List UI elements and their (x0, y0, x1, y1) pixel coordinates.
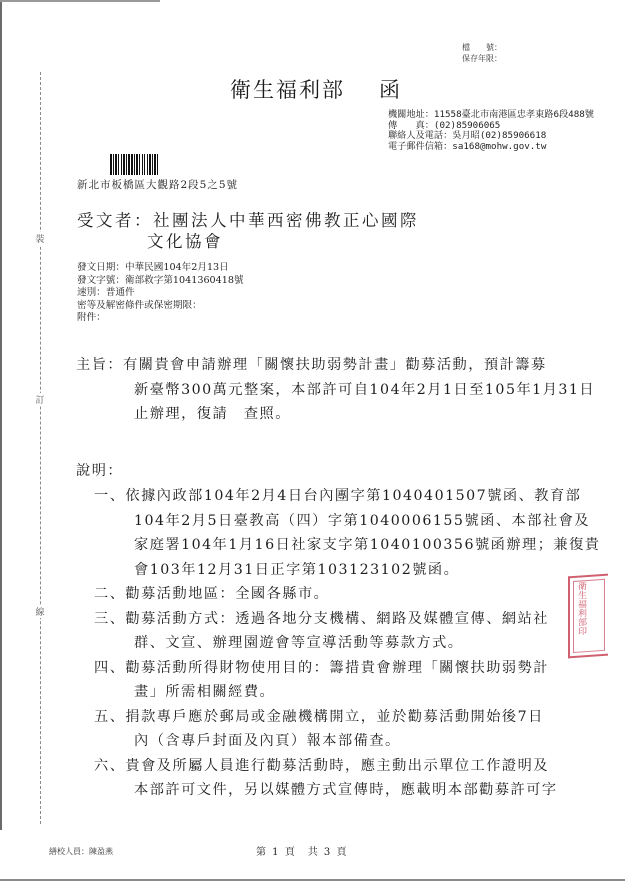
explanation-item-6: 六、貴會及所屬人員進行勸募活動時，應主動出示單位工作證明及 本部許可文件，另以媒… (94, 754, 601, 803)
scan-edge-bottom (0, 879, 625, 881)
document-meta: 發文日期：中華民國104年2月13日 發文字號：衛部救字第1041360418號… (77, 262, 244, 325)
scan-edge-top (0, 0, 160, 2)
explanation-item-2: 二、勸募活動地區：全國各縣市。 (94, 582, 601, 607)
explanation-heading: 說明： (76, 459, 123, 484)
item-line: 六、貴會及所屬人員進行勸募活動時，應主動出示單位工作證明及 (94, 754, 601, 779)
explanation-item-3: 三、勸募活動方式：透過各地分支機構、網路及媒體宣傳、網站社 群、文宣、辦理園遊會… (94, 607, 601, 656)
binding-label-top: 裝 (34, 232, 46, 245)
official-seal-stamp: 衛生福利部印 (568, 574, 608, 659)
contact-block: 機關地址：11558臺北市南港區忠孝東路6段488號 傳 真：(02)85906… (388, 110, 594, 152)
delivery-speed: 速別：普通件 (77, 287, 244, 300)
subject-line: 止辦理，復請 查照。 (76, 402, 595, 427)
retention-period-label: 保存年限： (462, 53, 502, 64)
document-title: 衛生福利部函 (230, 74, 402, 104)
item-line: 二、勸募活動地區：全國各縣市。 (94, 582, 601, 607)
agency-name: 衛生福利部 (230, 78, 345, 102)
page-indicator: 第 1 頁 共 3 頁 (256, 843, 348, 858)
explanation-item-5: 五、捐款專戶應於郵局或金融機構開立，並於勸募活動開始後7日 內（含專戶封面及內頁… (94, 705, 601, 754)
item-line: 104年2月5日臺教高（四）字第1040006155號函、本部社會及 (94, 509, 601, 534)
binding-label-middle: 訂 (34, 393, 46, 406)
recipient: 受文者：社團法人中華西密佛教正心國際 文化協會 (77, 210, 419, 252)
item-line: 一、依據內政部104年2月4日台內團字第1040401507號函、教育部 (94, 484, 601, 509)
proofreader: 繕校人員：陳盈燕 (49, 846, 113, 857)
barcode (110, 154, 168, 175)
confidentiality: 密等及解密條件或保密期限： (77, 300, 244, 313)
issue-date: 發文日期：中華民國104年2月13日 (77, 262, 244, 275)
recipient-label: 受文者： (77, 211, 153, 230)
file-number-label: 檔 號： (462, 42, 502, 53)
document-type: 函 (379, 78, 402, 102)
subject-section: 主旨：有關貴會申請辦理「關懷扶助弱勢計畫」勸募活動，預計籌募 新臺幣300萬元整… (76, 353, 595, 427)
scan-edge-left (0, 0, 2, 830)
attachments: 附件： (77, 312, 244, 325)
explanation-item-1: 一、依據內政部104年2月4日台內團字第1040401507號函、教育部 104… (94, 484, 601, 582)
subject-line: 主旨：有關貴會申請辦理「關懷扶助弱勢計畫」勸募活動，預計籌募 (76, 353, 595, 378)
item-line: 內（含專戶封面及內頁）報本部備查。 (94, 729, 601, 754)
agency-address: 機關地址：11558臺北市南港區忠孝東路6段488號 (388, 110, 594, 121)
issue-number: 發文字號：衛部救字第1041360418號 (77, 275, 244, 288)
subject-line: 新臺幣300萬元整案，本部許可自104年2月1日至105年1月31日 (76, 378, 595, 403)
explanation-item-4: 四、勸募活動所得財物使用目的：籌措貴會辦理「關懷扶助弱勢計 畫」所需相關經費。 (94, 656, 601, 705)
email-address: 電子郵件信箱：sa168@mohw.gov.tw (388, 142, 594, 153)
explanation-list: 一、依據內政部104年2月4日台內團字第1040401507號函、教育部 104… (94, 484, 601, 803)
binding-label-bottom: 線 (34, 605, 46, 618)
binding-dashed-line (40, 72, 41, 824)
recipient-name-line2: 文化協會 (77, 231, 419, 252)
item-line: 五、捐款專戶應於郵局或金融機構開立，並於勸募活動開始後7日 (94, 705, 601, 730)
item-line: 群、文宣、辦理園遊會等宣導活動等募款方式。 (94, 631, 601, 656)
mailing-address: 新北市板橋區大觀路2段5之5號 (77, 177, 238, 192)
item-line: 四、勸募活動所得財物使用目的：籌措貴會辦理「關懷扶助弱勢計 (94, 656, 601, 681)
recipient-name-line1: 社團法人中華西密佛教正心國際 (153, 211, 419, 230)
item-line: 畫」所需相關經費。 (94, 680, 601, 705)
item-line: 三、勸募活動方式：透過各地分支機構、網路及媒體宣傳、網站社 (94, 607, 601, 632)
seal-glyphs: 衛生福利部印 (576, 581, 586, 636)
item-line: 家庭署104年1月16日社家支字第1040100356號函辦理；兼復貴 (94, 533, 601, 558)
item-line: 本部許可文件，另以媒體方式宣傳時，應載明本部勸募許可字 (94, 778, 601, 803)
item-line: 會103年12月31日正字第103123102號函。 (94, 558, 601, 583)
